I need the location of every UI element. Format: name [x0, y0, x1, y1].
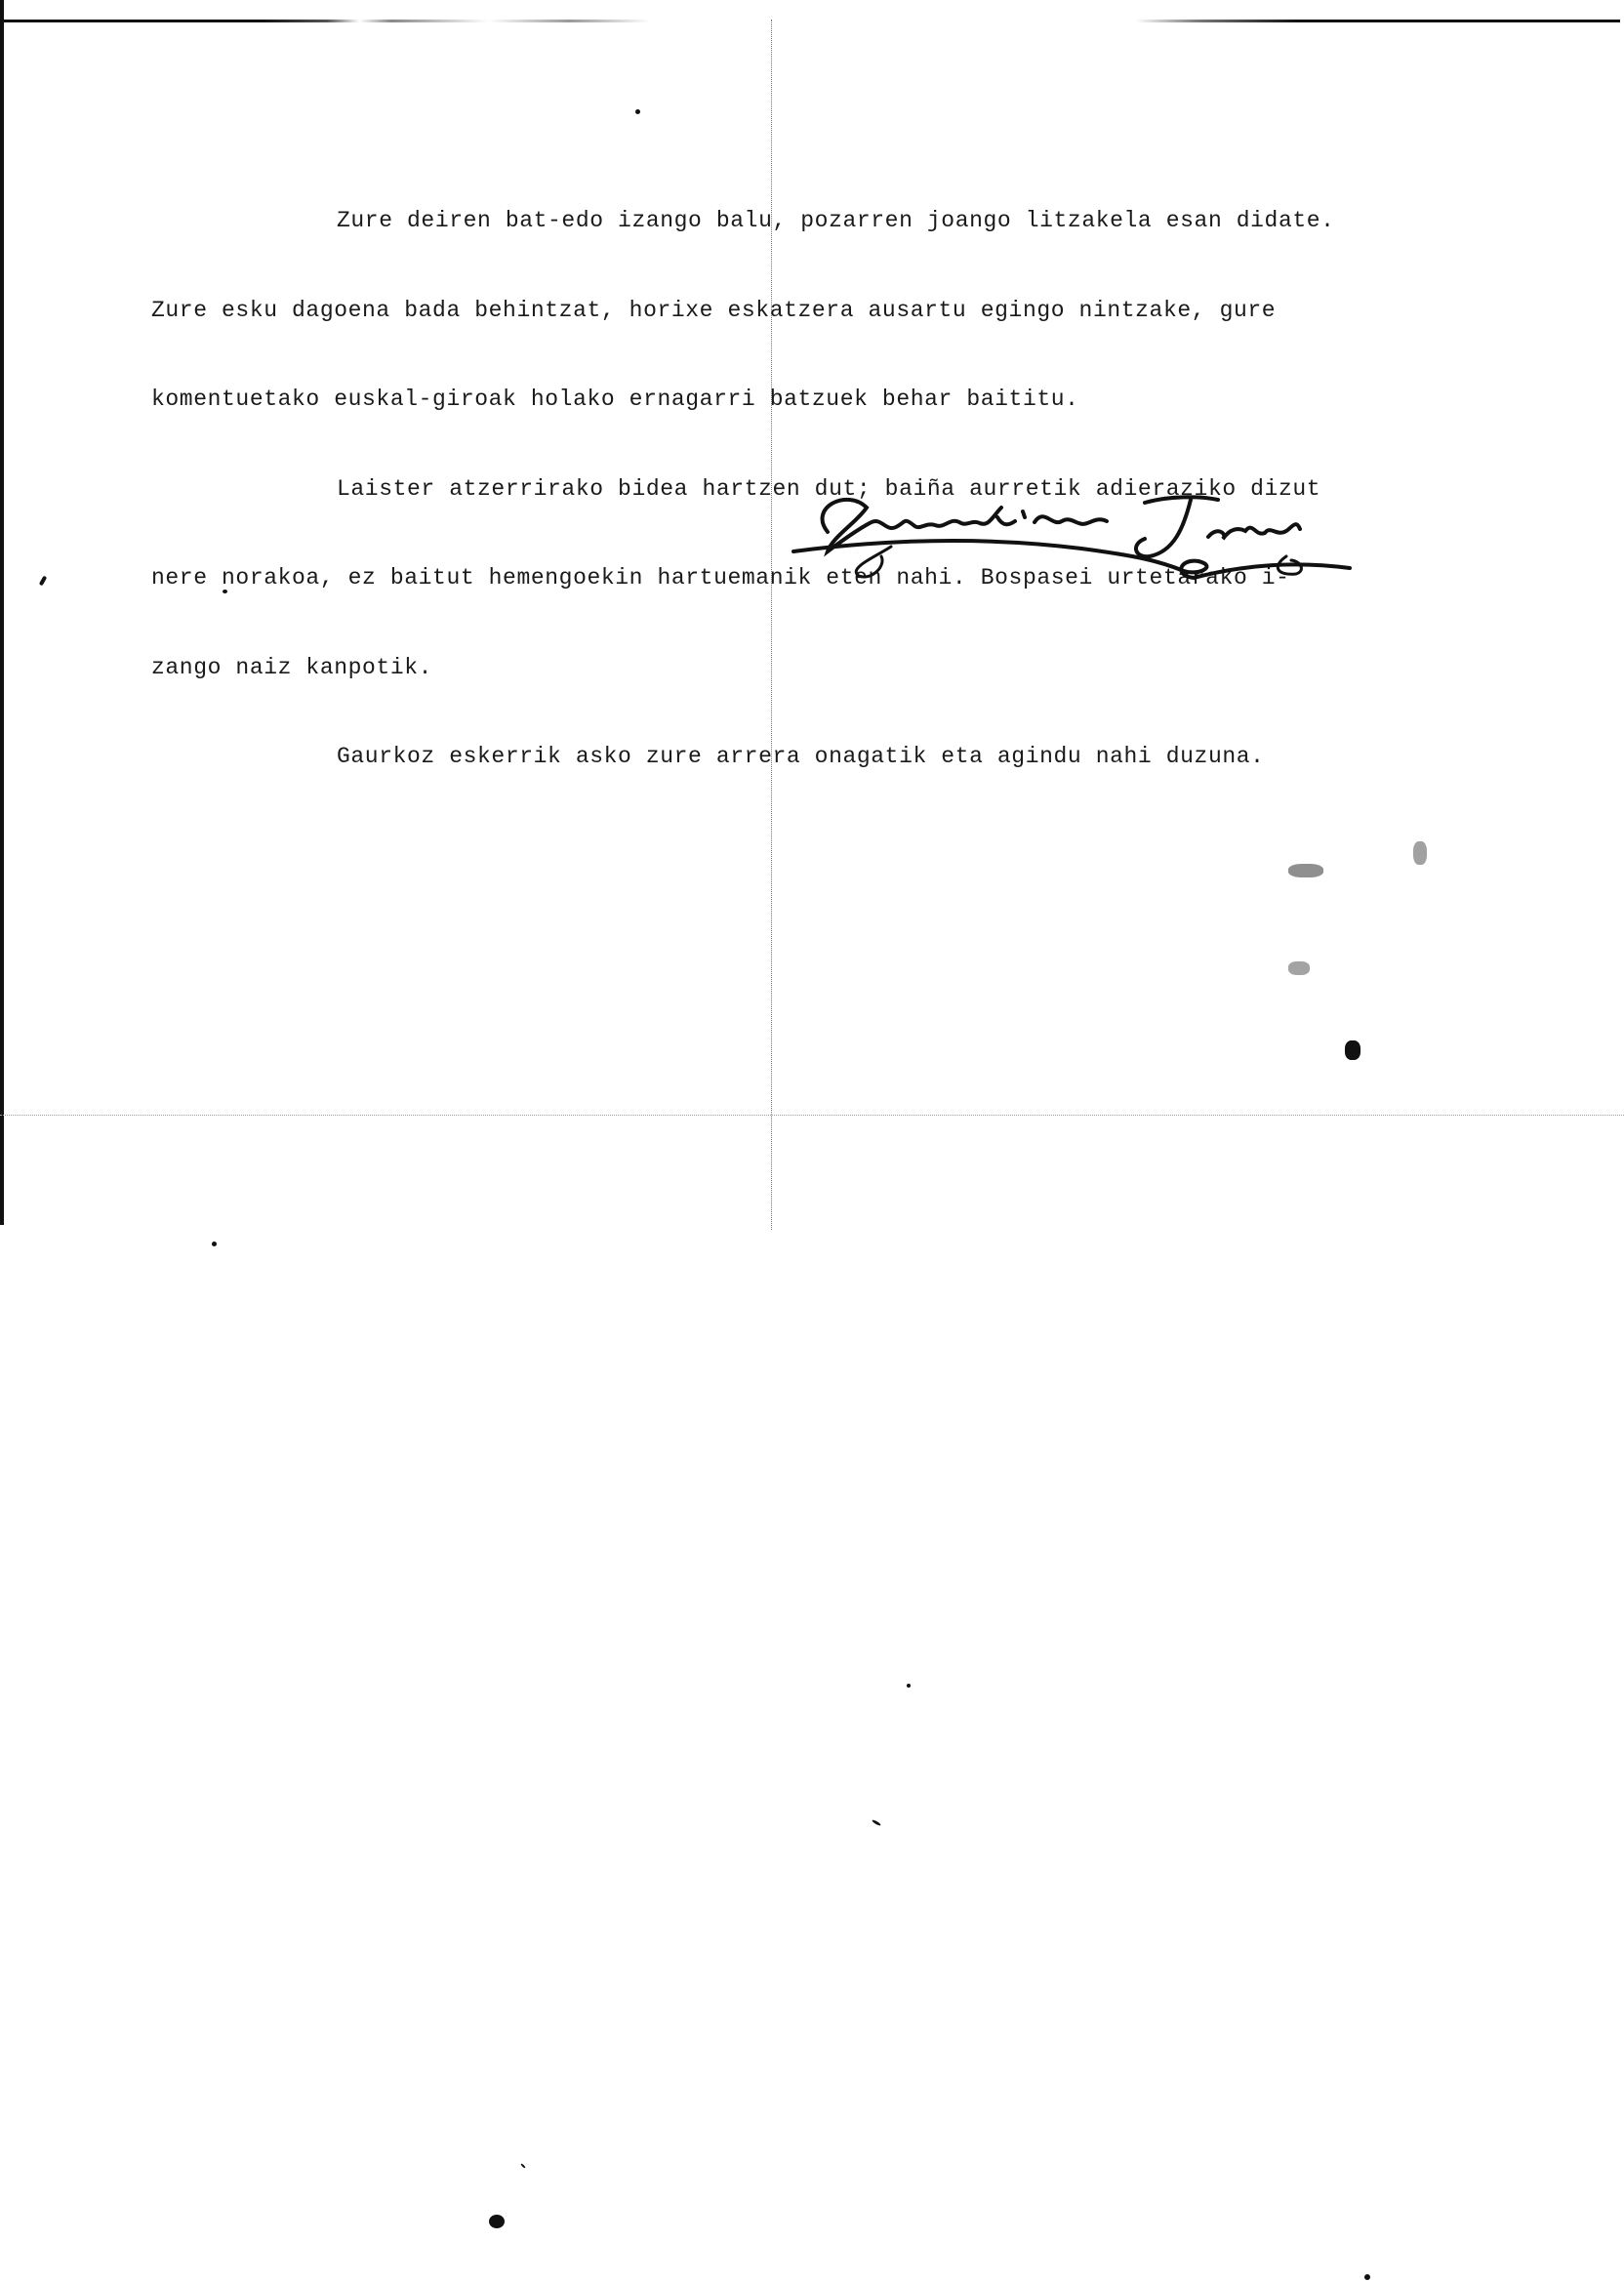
paper-fold-horizontal	[0, 1115, 1624, 1116]
scan-left-border	[0, 0, 4, 1225]
scan-smudge	[1288, 961, 1310, 975]
scan-smudge	[1345, 1040, 1360, 1060]
scan-speck	[635, 109, 640, 114]
scan-smudge	[1413, 841, 1427, 865]
paragraph-1-line-1: Zure deiren bat-edo izango balu, pozarre…	[151, 206, 1557, 236]
scan-speck	[872, 1819, 881, 1827]
scan-speck	[212, 1242, 217, 1246]
handwritten-signature	[789, 478, 1355, 586]
signature-icon	[789, 478, 1355, 586]
scanned-letter-page: Zure deiren bat-edo izango balu, pozarre…	[0, 0, 1624, 2282]
scan-smudge	[1288, 864, 1323, 877]
paragraph-3-line-1: Gaurkoz eskerrik asko zure arrera onagat…	[151, 742, 1557, 772]
scan-speck	[520, 2163, 526, 2169]
scan-speck	[223, 590, 227, 593]
scan-speck	[1364, 2274, 1370, 2280]
scan-top-border	[4, 20, 1620, 22]
scan-speck	[907, 1684, 911, 1688]
paragraph-2-line-3: zango naiz kanpotik.	[151, 653, 1557, 683]
paragraph-1-line-3: komentuetako euskal-giroak holako ernaga…	[151, 385, 1557, 415]
scan-speck	[39, 576, 47, 587]
paragraph-1-line-2: Zure esku dagoena bada behintzat, horixe…	[151, 296, 1557, 326]
scan-dot	[489, 2215, 505, 2228]
